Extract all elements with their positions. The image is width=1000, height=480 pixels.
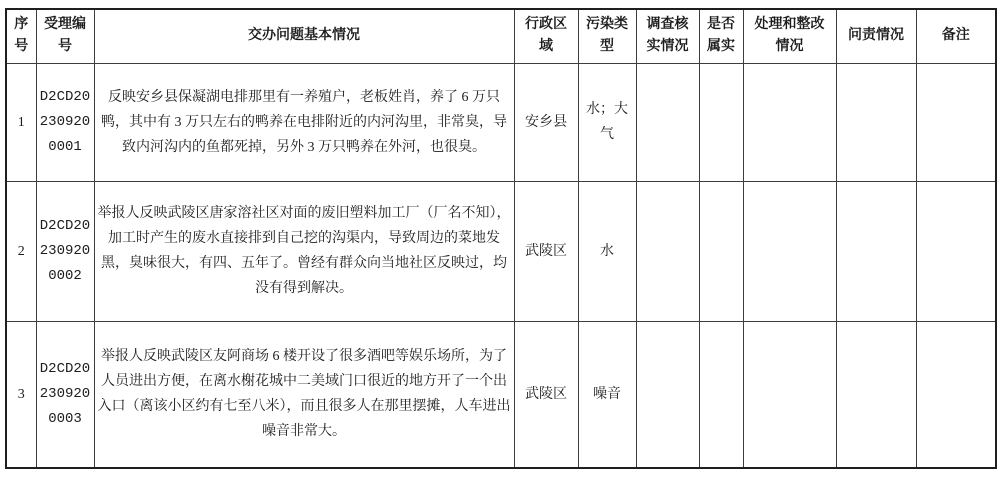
cell-region: 武陵区 [514,181,578,321]
header-region: 行政区 域 [514,9,578,63]
header-investigation: 调查核 实情况 [636,9,699,63]
header-pollution: 污染类 型 [578,9,636,63]
header-id: 受理编 号 [36,9,94,63]
table-header-row: 序 号 受理编 号 交办问题基本情况 行政区 域 污染类 型 调查核 实情况 是… [6,9,996,63]
header-verified: 是否 属实 [699,9,743,63]
cell-region: 安乡县 [514,63,578,181]
cell-issue-description: 举报人反映武陵区友阿商场 6 楼开设了很多酒吧等娱乐场所，为了人员进出方便，在离… [94,321,514,468]
cell-investigation [636,181,699,321]
cell-pollution-type: 水 [578,181,636,321]
cell-handling [743,321,836,468]
cell-region: 武陵区 [514,321,578,468]
cell-handling [743,181,836,321]
cell-verified [699,63,743,181]
cell-acceptance-id: D2CD20 230920 0003 [36,321,94,468]
cell-accountability [836,321,916,468]
cell-handling [743,63,836,181]
cell-remark [916,321,996,468]
cell-pollution-type: 水；大 气 [578,63,636,181]
cell-seq: 1 [6,63,36,181]
cell-remark [916,181,996,321]
cell-pollution-type: 噪音 [578,321,636,468]
cell-issue-description: 反映安乡县保凝湖电排那里有一养殖户，老板姓肖，养了 6 万只鸭，其中有 3 万只… [94,63,514,181]
header-accountability: 问责情况 [836,9,916,63]
cell-seq: 2 [6,181,36,321]
cell-verified [699,181,743,321]
complaint-table: 序 号 受理编 号 交办问题基本情况 行政区 域 污染类 型 调查核 实情况 是… [5,8,997,469]
header-issue: 交办问题基本情况 [94,9,514,63]
cell-investigation [636,321,699,468]
cell-verified [699,321,743,468]
header-handling: 处理和整改 情况 [743,9,836,63]
table-row: 2 D2CD20 230920 0002 举报人反映武陵区唐家溶社区对面的废旧塑… [6,181,996,321]
table-row: 3 D2CD20 230920 0003 举报人反映武陵区友阿商场 6 楼开设了… [6,321,996,468]
cell-issue-description: 举报人反映武陵区唐家溶社区对面的废旧塑料加工厂（厂名不知），加工时产生的废水直接… [94,181,514,321]
cell-remark [916,63,996,181]
cell-accountability [836,181,916,321]
document-page: 序 号 受理编 号 交办问题基本情况 行政区 域 污染类 型 调查核 实情况 是… [0,0,1000,480]
cell-acceptance-id: D2CD20 230920 0002 [36,181,94,321]
cell-investigation [636,63,699,181]
header-seq: 序 号 [6,9,36,63]
cell-accountability [836,63,916,181]
table-row: 1 D2CD20 230920 0001 反映安乡县保凝湖电排那里有一养殖户，老… [6,63,996,181]
cell-acceptance-id: D2CD20 230920 0001 [36,63,94,181]
header-remark: 备注 [916,9,996,63]
cell-seq: 3 [6,321,36,468]
